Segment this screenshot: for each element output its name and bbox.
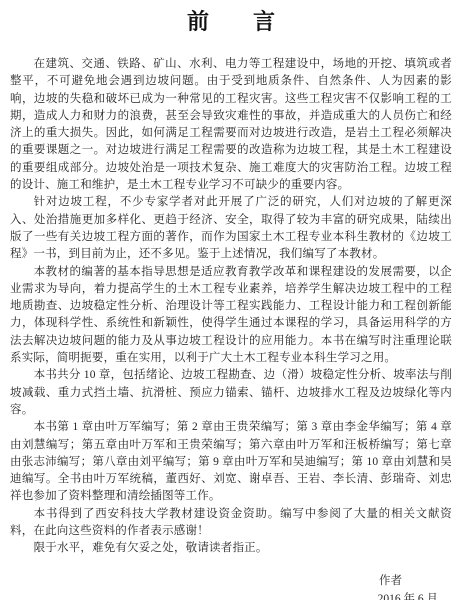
paragraph: 针对边坡工程，不少专家学者对此开展了广泛的研究，人们对边坡的了解更深入、处治措施… (10, 194, 452, 263)
paragraph: 本教材的编著的基本指导思想是适应教育教学改革和课程建设的发展需要，以企业需求为导… (10, 264, 452, 368)
preface-page: 前 言 在建筑、交通、铁路、矿山、水利、电力等工程建设中，场地的开挖、填筑或者整… (0, 0, 462, 600)
page-title: 前 言 (0, 8, 462, 36)
date-signature: 2016 年 6 月 (0, 590, 462, 600)
paragraph: 本书第 1 章由叶万军编写；第 2 章由王贵荣编写；第 3 章由李金华编写；第 … (10, 419, 452, 505)
paragraph: 限于水平，难免有欠妥之处，敬请读者指正。 (10, 540, 452, 557)
author-signature: 作者 (0, 572, 462, 590)
signature-block: 作者 2016 年 6 月 (0, 572, 462, 600)
paragraph: 本书得到了西安科技大学教材建设资金资助。编写中参阅了大量的相关文献资料，在此向这… (10, 506, 452, 541)
preface-body: 在建筑、交通、铁路、矿山、水利、电力等工程建设中，场地的开挖、填筑或者整平，不可… (10, 56, 452, 558)
paragraph: 本书共分 10 章，包括绪论、边坡工程勘查、边（滑）坡稳定性分析、坡率法与削坡减… (10, 367, 452, 419)
paragraph: 在建筑、交通、铁路、矿山、水利、电力等工程建设中，场地的开挖、填筑或者整平，不可… (10, 56, 452, 194)
